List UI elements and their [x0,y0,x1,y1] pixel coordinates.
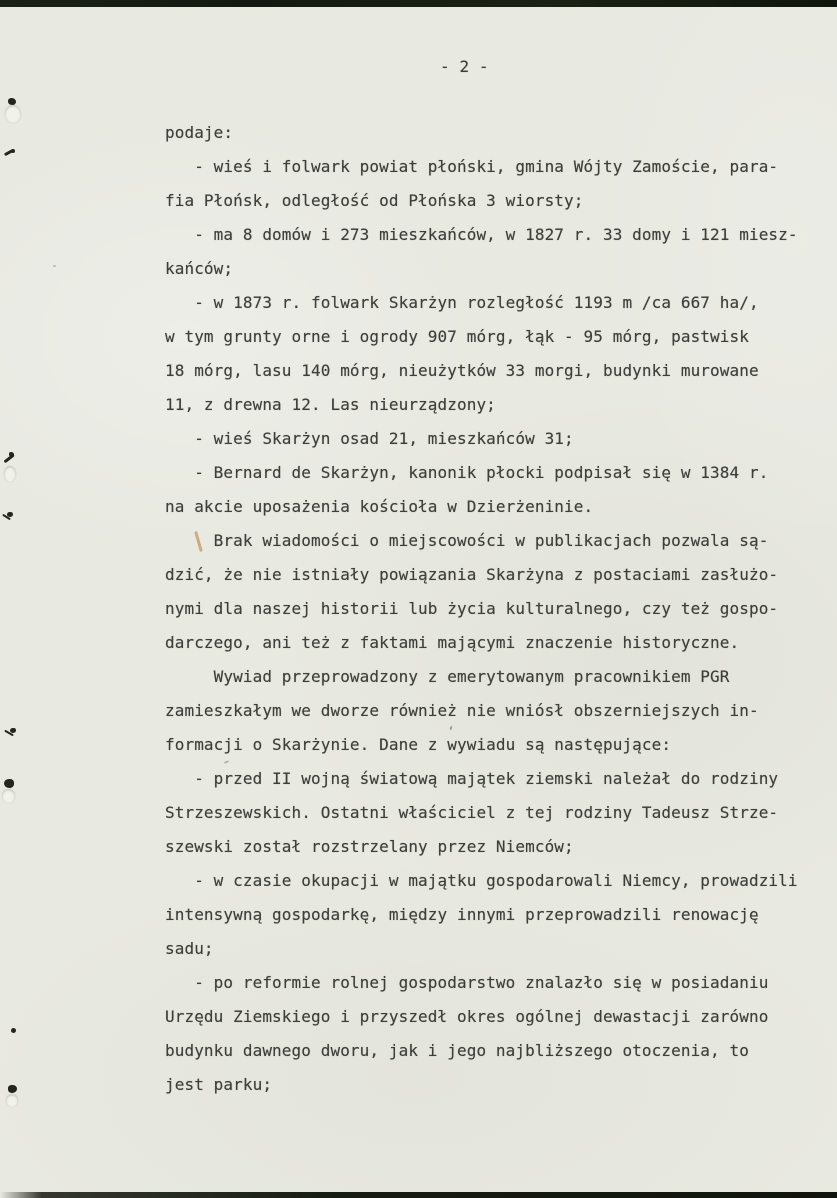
text-line: formacji o Skarżynie. Dane z wywiadu są … [165,728,815,762]
text-line: Brak wiadomości o miejscowości w publika… [165,524,815,558]
text-line: - w 1873 r. folwark Skarżyn rozległość 1… [165,286,815,320]
text-line: jest parku; [165,1068,815,1102]
scan-edge-bottom [0,1192,837,1198]
text-line: nymi dla naszej historii lub życia kultu… [165,592,815,626]
text-line: - przed II wojną światową majątek ziemsk… [165,762,815,796]
text-line: zamieszkałym we dworze również nie wniós… [165,694,815,728]
text-line: - wieś i folwark powiat płoński, gmina W… [165,150,815,184]
ink-mark [11,149,15,153]
scan-edge-top [0,0,837,7]
paper-speck [53,265,56,267]
text-line: kańców; [165,252,815,286]
paper-hole [5,105,21,123]
text-line: - Bernard de Skarżyn, kanonik płocki pod… [165,456,815,490]
paper-hole [4,466,16,482]
ink-mark [8,98,16,105]
text-line: fia Płońsk, odległość od Płońska 3 wiors… [165,184,815,218]
text-line: sadu; [165,932,815,966]
text-line: - ma 8 domów i 273 mieszkańców, w 1827 r… [165,218,815,252]
page-number: - 2 - [440,57,489,77]
text-line: podaje: [165,116,815,150]
text-line: 18 mórg, lasu 140 mórg, nieużytków 33 mo… [165,354,815,388]
paper-hole [2,789,15,803]
ink-mark [11,1028,16,1033]
typewritten-text: podaje: - wieś i folwark powiat płoński,… [165,116,815,1102]
scanned-paper: - 2 - podaje: - wieś i folwark powiat pł… [0,0,837,1198]
text-line: 11, z drewna 12. Las nieurządzony; [165,388,815,422]
ink-mark [9,452,14,457]
ink-mark [4,779,14,788]
text-line: - w czasie okupacji w majątku gospodarow… [165,864,815,898]
text-line: na akcie uposażenia kościoła w Dzierżeni… [165,490,815,524]
text-line: w tym grunty orne i ogrody 907 mórg, łąk… [165,320,815,354]
text-line: szewski został rozstrzelany przez Niemcó… [165,830,815,864]
text-line: Strzeszewskich. Ostatni właściciel z tej… [165,796,815,830]
text-line: intensywną gospodarkę, między innymi prz… [165,898,815,932]
text-line: darczego, ani też z faktami mającymi zna… [165,626,815,660]
text-line: dzić, że nie istniały powiązania Skarżyn… [165,558,815,592]
paper-hole [6,1094,18,1107]
text-line: Wywiad przeprowadzony z emerytowanym pra… [165,660,815,694]
text-line: Urzędu Ziemskiego i przyszedł okres ogól… [165,1000,815,1034]
text-line: - wieś Skarżyn osad 21, mieszkańców 31; [165,422,815,456]
text-line: budynku dawnego dworu, jak i jego najbli… [165,1034,815,1068]
text-line: - po reformie rolnej gospodarstwo znalaz… [165,966,815,1000]
